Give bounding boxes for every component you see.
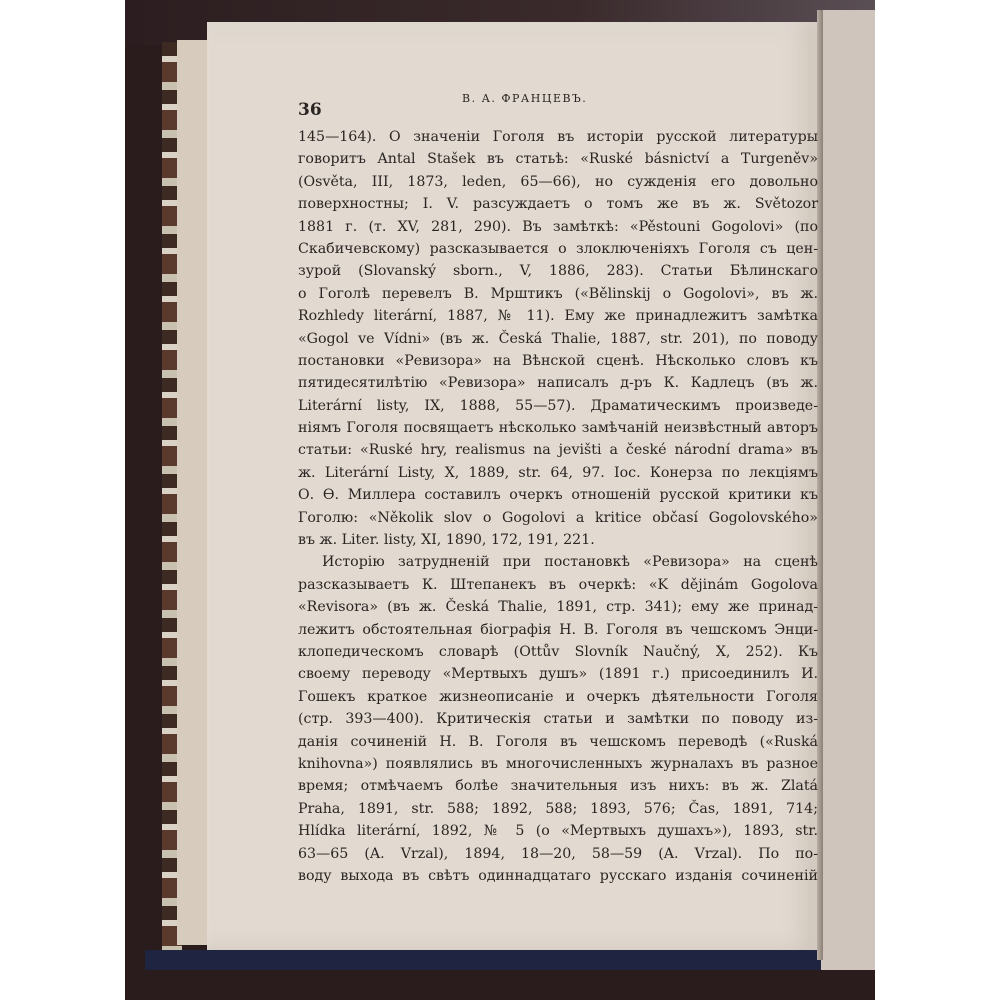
text-line: 1881 г. (т. XV, 281, 290). Въ замѣткѣ: «… xyxy=(298,216,818,238)
text-line: постановки «Ревизора» на Вѣнской сценѣ. … xyxy=(298,350,818,372)
text-line: данія сочиненій Н. В. Гоголя въ чешскомъ… xyxy=(298,731,818,753)
text-line: въ ж. Liter. listy, XI, 1890, 172, 191, … xyxy=(298,529,818,551)
text-line: Hlídka literární, 1892, № 5 (о «Мертвыхъ… xyxy=(298,820,818,842)
text-line: зурой (Slovanský sborn., V, 1886, 283). … xyxy=(298,260,818,282)
header-title: В. А. ФРАНЦЕВЪ. xyxy=(462,92,587,105)
paragraph-2: Исторію затрудненій при постановкѣ «Реви… xyxy=(298,551,818,887)
text-line: Praha, 1891, str. 588; 1892, 588; 1893, … xyxy=(298,798,818,820)
text-line: «Revisora» (въ ж. Česká Thalie, 1891, ст… xyxy=(298,596,818,618)
text-line: время; отмѣчаемъ болѣе значительныя изъ … xyxy=(298,775,818,797)
text-line: лежитъ обстоятельная біографія Н. В. Гог… xyxy=(298,619,818,641)
text-line: пятидесятилѣтію «Ревизора» написалъ д-ръ… xyxy=(298,372,818,394)
text-line: разсказываетъ К. Штепанекъ въ очеркѣ: «K… xyxy=(298,574,818,596)
facing-page: I I ( I ' xyxy=(821,10,875,970)
text-line: Literární listy, IX, 1888, 55—57). Драма… xyxy=(298,395,818,417)
text-line: статьи: «Ruské hry, realismus na jevišti… xyxy=(298,439,818,461)
page-number: 36 xyxy=(298,100,322,120)
text-line: Исторію затрудненій при постановкѣ «Реви… xyxy=(298,551,818,573)
text-line: «Gogol ve Vídni» (въ ж. Česká Thalie, 18… xyxy=(298,328,818,350)
body-text: 145—164). О значеніи Гоголя въ исторіи р… xyxy=(298,126,818,887)
text-line: Гоголю: «Několik slov o Gogolovi a kriti… xyxy=(298,507,818,529)
text-line: ніямъ Гоголя посвящаетъ нѣсколько замѣча… xyxy=(298,417,818,439)
running-head: 36 В. А. ФРАНЦЕВЪ. xyxy=(298,80,818,120)
text-line: О. Ѳ. Миллера составилъ очеркъ отношеній… xyxy=(298,484,818,506)
text-line: (стр. 393—400). Критическія статьи и зам… xyxy=(298,708,818,730)
text-line: клопедическомъ словарѣ (Ottův Slovník Na… xyxy=(298,641,818,663)
text-line: (Osvěta, III, 1873, leden, 65—66), но су… xyxy=(298,171,818,193)
text-line: Гошекъ краткое жизнеописаніе и очеркъ дѣ… xyxy=(298,686,818,708)
text-line: knihovna») появлялись въ многочисленныхъ… xyxy=(298,753,818,775)
text-line: 63—65 (A. Vrzal), 1894, 18—20, 58—59 (A.… xyxy=(298,843,818,865)
page-stack-edge xyxy=(177,40,210,945)
text-line: поверхностны; I. V. разсуждаетъ о томъ ж… xyxy=(298,193,818,215)
book-photo: I I ( I ' 36 В. А. ФРАНЦЕВЪ. 145—164). О… xyxy=(125,0,875,1000)
paragraph-1: 145—164). О значеніи Гоголя въ исторіи р… xyxy=(298,126,818,551)
text-line: о Гоголѣ перевелъ В. Мрштикъ («Bělinskij… xyxy=(298,283,818,305)
text-line: ж. Literární Listy, X, 1889, str. 64, 97… xyxy=(298,462,818,484)
text-line: своему переводу «Мертвыхъ душъ» (1891 г.… xyxy=(298,663,818,685)
text-line: Rozhledy literární, 1887, № 11). Ему же … xyxy=(298,305,818,327)
text-line: Скабичевскому) разсказывается о злоключе… xyxy=(298,238,818,260)
text-line: воду выхода въ свѣтъ одиннадцатаго русск… xyxy=(298,865,818,887)
book-cover-bottom xyxy=(145,950,875,970)
text-line: говоритъ Antal Stašek въ статьѣ: «Ruské … xyxy=(298,148,818,170)
text-line: 145—164). О значеніи Гоголя въ исторіи р… xyxy=(298,126,818,148)
